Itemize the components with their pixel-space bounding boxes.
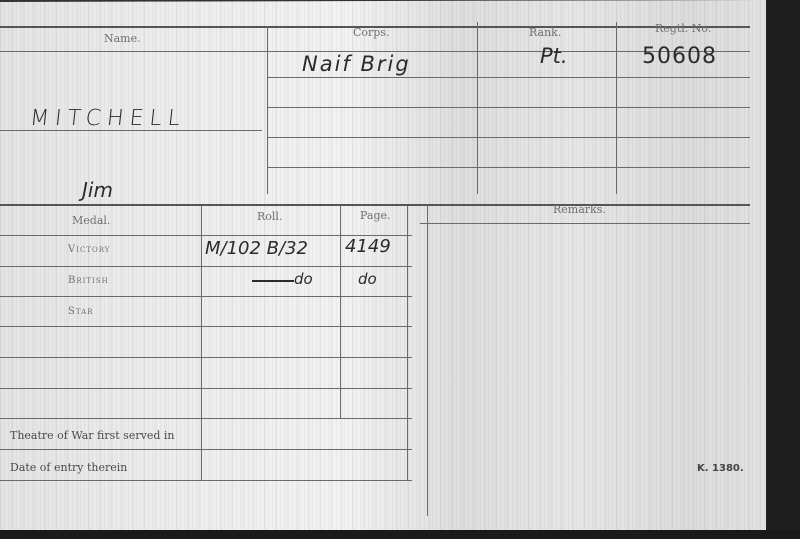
medal-roll-divider: [201, 206, 202, 481]
section-divider: [0, 204, 750, 206]
roll-header: Roll.: [257, 210, 282, 223]
roll-page-divider: [340, 206, 341, 418]
british-page-value: do: [358, 270, 377, 288]
date-of-entry-label: Date of entry therein: [10, 461, 127, 474]
british-roll-ditto-stroke: [252, 280, 294, 282]
forename-value: Jim: [82, 178, 113, 202]
remarks-header-rule: [420, 223, 750, 224]
corps-rank-divider: [477, 22, 478, 194]
remarks-header: Remarks.: [553, 203, 606, 216]
corps-value: Naif Brig: [302, 52, 411, 76]
rank-header: Rank.: [529, 26, 561, 39]
name-header: Name.: [104, 32, 141, 45]
table-rule-9: [0, 480, 412, 481]
row-rule-3: [267, 137, 750, 138]
regtl-no-value: 50608: [642, 44, 717, 69]
page-edge-divider: [407, 206, 408, 481]
row-rule-4: [267, 167, 750, 168]
medal-name-british: British: [68, 275, 109, 286]
corps-header: Corps.: [353, 26, 389, 39]
page-header: Page.: [360, 209, 391, 222]
row-rule-2: [267, 107, 750, 108]
medal-name-star: Star: [68, 306, 93, 317]
regtl-no-header: Regtl. No.: [655, 22, 711, 35]
scan-bottom-edge: [0, 530, 800, 539]
table-rule-4: [0, 326, 412, 327]
surname-value: MITCHELL: [29, 106, 188, 131]
form-number: K. 1380.: [697, 463, 744, 474]
table-rule-6: [0, 388, 412, 389]
table-rule-7: [0, 418, 412, 419]
theatre-of-war-label: Theatre of War first served in: [10, 429, 174, 442]
table-rule-2: [0, 266, 412, 267]
victory-roll-value: M/102 B/32: [205, 238, 308, 259]
victory-page-value: 4149: [345, 236, 391, 257]
table-rule-8: [0, 449, 412, 450]
row-rule-1: [267, 77, 750, 78]
table-rule-5: [0, 357, 412, 358]
remarks-left-divider: [427, 206, 428, 516]
rank-regtl-divider: [616, 22, 617, 194]
table-rule-3: [0, 296, 412, 297]
medal-header: Medal.: [72, 214, 110, 227]
scan-right-edge: [766, 0, 800, 539]
british-roll-value: do: [294, 270, 313, 288]
medal-index-card: Name. Corps. Rank. Regtl. No. MITCHELL J…: [0, 0, 766, 530]
rank-value: Pt.: [540, 44, 568, 68]
name-corps-divider: [267, 26, 268, 194]
medal-name-victory: Victory: [68, 244, 110, 255]
